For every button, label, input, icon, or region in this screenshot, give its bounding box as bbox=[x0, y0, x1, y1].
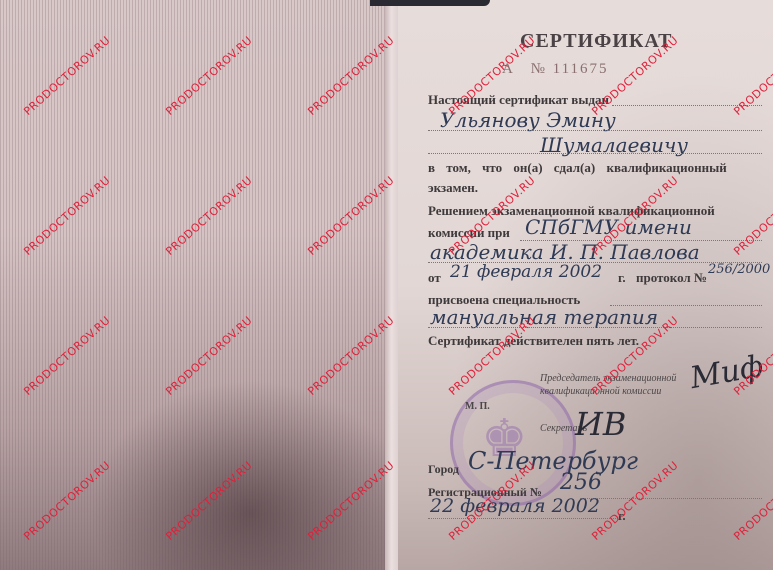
background-edge bbox=[370, 0, 490, 6]
serial-number: А № 111675 bbox=[502, 61, 609, 78]
seal-label: М. П. bbox=[465, 401, 490, 412]
date-label: от bbox=[428, 270, 441, 286]
city-label: Город bbox=[428, 462, 459, 477]
passed-text-line1: в том, что он(а) сдал(а) квалификационны… bbox=[428, 160, 727, 176]
dotted-line bbox=[580, 498, 762, 499]
dotted-line bbox=[428, 518, 618, 519]
hand-shadow bbox=[90, 380, 410, 570]
specialty-value: мануальная терапия bbox=[430, 305, 658, 329]
dotted-line bbox=[428, 153, 762, 154]
certificate-title: СЕРТИФИКАТ bbox=[520, 30, 672, 53]
serial-value: 111675 bbox=[553, 61, 609, 77]
protocol-label: протокол № bbox=[636, 270, 707, 286]
secretary-signature: ИВ bbox=[575, 405, 626, 443]
serial-no-symbol: № bbox=[531, 61, 547, 77]
protocol-number: 256/2000 bbox=[708, 262, 770, 277]
recipient-surname: Ульянову Эмину bbox=[440, 108, 616, 132]
reg-number: 256 bbox=[560, 470, 602, 495]
reg-date: 22 февраля 2002 bbox=[430, 495, 600, 517]
dotted-line bbox=[428, 327, 762, 328]
city-value: С-Петербург bbox=[468, 447, 638, 475]
exam-date: 21 февраля 2002 bbox=[450, 262, 602, 282]
dotted-line bbox=[428, 130, 762, 131]
passed-text-line2: экзамен. bbox=[428, 180, 478, 196]
validity-text: Сертификат действителен пять лет. bbox=[428, 333, 639, 349]
year-suffix: г. bbox=[618, 270, 626, 286]
